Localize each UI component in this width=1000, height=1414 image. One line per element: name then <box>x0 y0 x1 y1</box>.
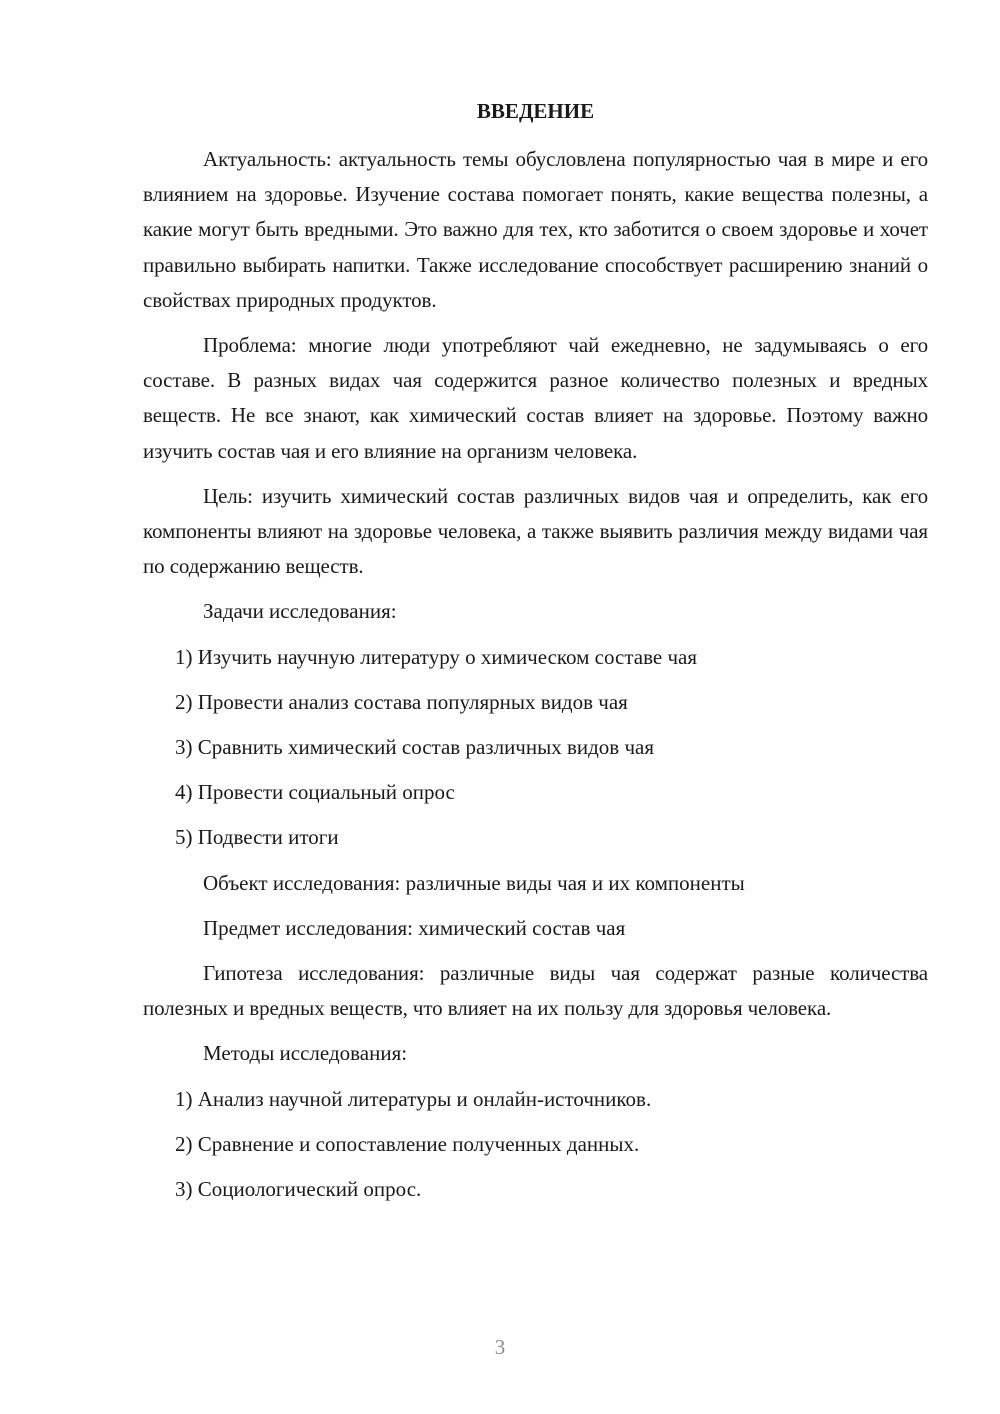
task-item: 5) Подвести итоги <box>143 820 928 855</box>
research-subject: Предмет исследования: химический состав … <box>143 911 928 946</box>
method-item: 2) Сравнение и сопоставление полученных … <box>143 1127 928 1162</box>
methods-heading: Методы исследования: <box>143 1036 928 1071</box>
tasks-list: 1) Изучить научную литературу о химическ… <box>143 640 928 856</box>
section-title: ВВЕДЕНИЕ <box>143 94 928 129</box>
paragraph-hypothesis: Гипотеза исследования: различные виды ча… <box>143 956 928 1026</box>
task-item: 4) Провести социальный опрос <box>143 775 928 810</box>
task-item: 3) Сравнить химический состав различных … <box>143 730 928 765</box>
task-item: 2) Провести анализ состава популярных ви… <box>143 685 928 720</box>
task-item: 1) Изучить научную литературу о химическ… <box>143 640 928 675</box>
tasks-heading: Задачи исследования: <box>143 594 928 629</box>
method-item: 1) Анализ научной литературы и онлайн-ис… <box>143 1082 928 1117</box>
method-item: 3) Социологический опрос. <box>143 1172 928 1207</box>
document-page: ВВЕДЕНИЕ Актуальность: актуальность темы… <box>143 94 928 1217</box>
paragraph-relevance: Актуальность: актуальность темы обусловл… <box>143 142 928 318</box>
research-object: Объект исследования: различные виды чая … <box>143 866 928 901</box>
paragraph-problem: Проблема: многие люди употребляют чай еж… <box>143 328 928 469</box>
paragraph-goal: Цель: изучить химический состав различны… <box>143 479 928 585</box>
methods-list: 1) Анализ научной литературы и онлайн-ис… <box>143 1082 928 1208</box>
page-number: 3 <box>0 1333 1000 1361</box>
